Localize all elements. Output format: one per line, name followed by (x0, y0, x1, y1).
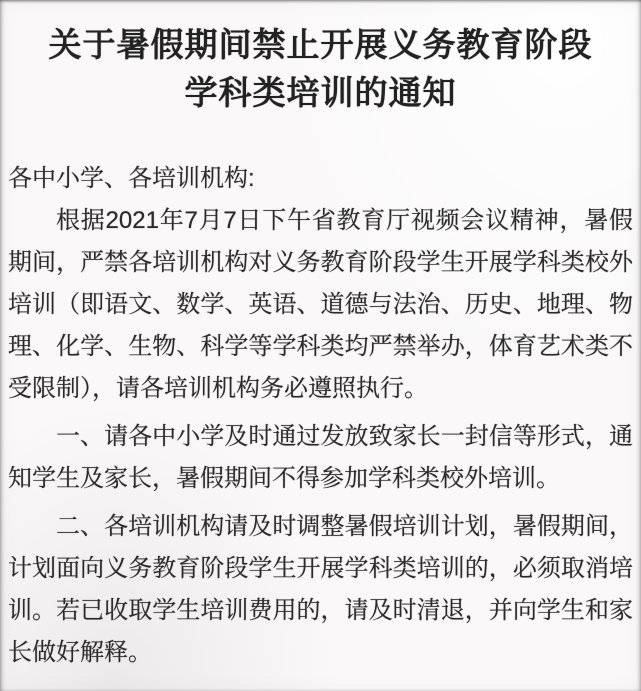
notice-paragraph: 二、各培训机构请及时调整暑假培训计划，暑假期间，计划面向义务教育阶段学生开展学科… (8, 506, 633, 674)
page-title: 关于暑假期间禁止开展义务教育阶段 学科类培训的通知 (0, 0, 641, 117)
notice-body: 各中小学、各培训机构: 根据2021年7月7日下午省教育厅视频会议精神，暑假期间… (0, 158, 641, 674)
notice-paragraph: 一、请各中小学及时通过发放致家长一封信等形式，通知学生及家长，暑假期间不得参加学… (8, 416, 633, 500)
notice-document: 关于暑假期间禁止开展义务教育阶段 学科类培训的通知 各中小学、各培训机构: 根据… (0, 0, 641, 691)
page-title-line-1: 关于暑假期间禁止开展义务教育阶段 (0, 21, 641, 69)
notice-paragraph: 根据2021年7月7日下午省教育厅视频会议精神，暑假期间，严禁各培训机构对义务教… (8, 200, 633, 410)
salutation: 各中小学、各培训机构: (8, 158, 633, 200)
page-title-line-2: 学科类培训的通知 (0, 69, 641, 117)
